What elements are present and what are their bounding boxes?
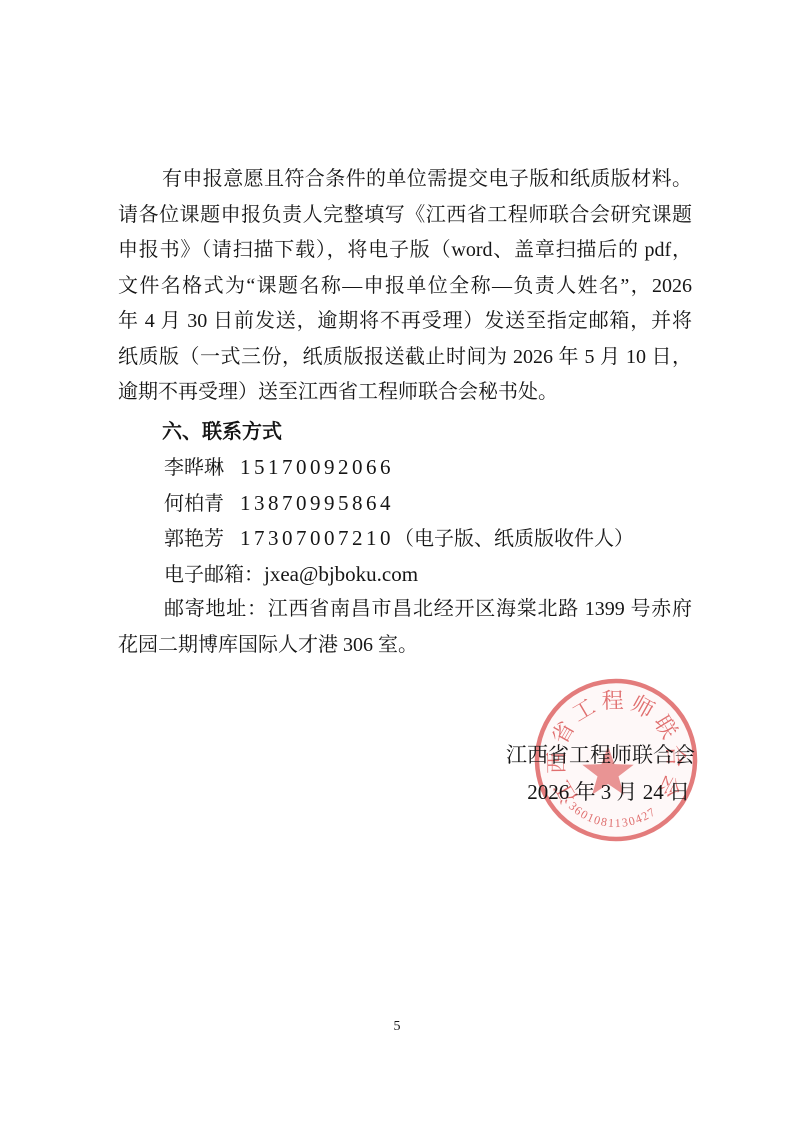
contact-row: 李晔琳15170092066 [118, 450, 692, 486]
address-line: 邮寄地址：江西省南昌市昌北经开区海棠北路 1399 号赤府 [118, 592, 692, 628]
paragraph-line: 有申报意愿且符合条件的单位需提交电子版和纸质版材料。 [118, 162, 692, 198]
contact-phone: 17307007210 [240, 526, 394, 550]
email-row: 电子邮箱：jxea@bjboku.com [118, 557, 692, 593]
address-line: 花园二期博库国际人才港 306 室。 [118, 628, 692, 664]
paragraph-line: 逾期不再受理）送至江西省工程师联合会秘书处。 [118, 375, 692, 411]
contact-name: 李晔琳 [164, 457, 224, 479]
contact-name: 何柏青 [164, 493, 224, 515]
contact-phone: 13870995864 [240, 491, 394, 515]
page-number: 5 [0, 1019, 794, 1035]
paragraph-line: 文件名格式为“课题名称—申报单位全称—负责人姓名”，2026 [118, 269, 692, 305]
signature-date: 2026 年 3 月 24 日 [527, 776, 690, 806]
signature-organization: 江西省工程师联合会 [506, 739, 695, 769]
contact-row: 郭艳芳17307007210（电子版、纸质版收件人） [118, 521, 692, 557]
section-heading: 六、联系方式 [118, 415, 692, 451]
paragraph-line: 请各位课题申报负责人完整填写《江西省工程师联合会研究课题 [118, 198, 692, 234]
paragraph-line: 申报书》（请扫描下载），将电子版（word、盖章扫描后的 pdf， [118, 233, 692, 269]
paragraph-line: 纸质版（一式三份，纸质版报送截止时间为 2026 年 5 月 10 日， [118, 340, 692, 376]
contact-phone: 15170092066 [240, 455, 394, 479]
email-value: jxea@bjboku.com [264, 562, 418, 586]
contact-name: 郭艳芳 [164, 528, 224, 550]
paragraph-line: 年 4 月 30 日前发送，逾期将不再受理）发送至指定邮箱，并将 [118, 304, 692, 340]
contact-note: （电子版、纸质版收件人） [394, 528, 634, 550]
email-label: 电子邮箱： [164, 564, 264, 586]
contact-row: 何柏青13870995864 [118, 486, 692, 522]
body-text: 有申报意愿且符合条件的单位需提交电子版和纸质版材料。 请各位课题申报负责人完整填… [118, 162, 692, 663]
document-page: 有申报意愿且符合条件的单位需提交电子版和纸质版材料。 请各位课题申报负责人完整填… [0, 0, 794, 1122]
